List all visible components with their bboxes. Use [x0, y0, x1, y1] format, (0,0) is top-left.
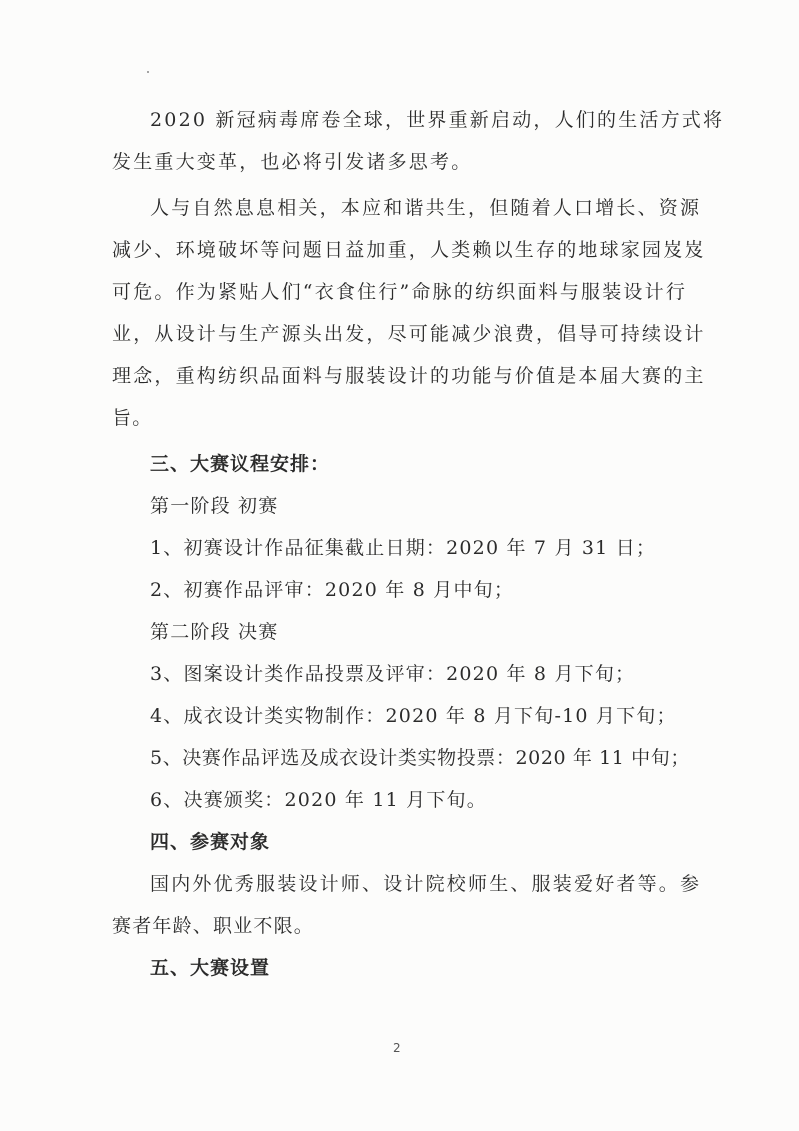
intro-paragraph-2-line-5: 理念，重构纺织品面料与服装设计的功能与价值是本届大赛的主 — [112, 364, 706, 388]
document-page: 2020 新冠病毒席卷全球，世界重新启动，人们的生活方式将 发生重大变革，也必将… — [0, 0, 799, 1131]
scan-speck — [147, 71, 149, 73]
stage-1-label: 第一阶段 初赛 — [150, 494, 278, 518]
section-5-heading: 五、大赛设置 — [150, 956, 270, 980]
section-4-line-2: 赛者年龄、职业不限。 — [112, 914, 314, 938]
intro-paragraph-2-line-6: 旨。 — [112, 406, 152, 430]
section-4-heading: 四、参赛对象 — [150, 830, 270, 854]
schedule-item-5: 5、决赛作品评选及成衣设计类实物投票：2020 年 11 中旬； — [150, 746, 690, 770]
intro-paragraph-1-line-1: 2020 新冠病毒席卷全球，世界重新启动，人们的生活方式将 — [150, 108, 724, 132]
schedule-item-6: 6、决赛颁奖：2020 年 11 月下旬。 — [150, 788, 487, 812]
intro-paragraph-2-line-3: 可危。作为紧贴人们“衣食住行”命脉的纺织面料与服装设计行 — [112, 280, 687, 304]
schedule-item-4: 4、成衣设计类实物制作：2020 年 8 月下旬-10 月下旬； — [150, 704, 677, 728]
stage-2-label: 第二阶段 决赛 — [150, 620, 278, 644]
intro-paragraph-1-line-2: 发生重大变革，也必将引发诸多思考。 — [112, 150, 472, 174]
schedule-item-2: 2、初赛作品评审：2020 年 8 月中旬； — [150, 578, 514, 602]
schedule-item-3: 3、图案设计类作品投票及评审：2020 年 8 月下旬； — [150, 662, 635, 686]
intro-paragraph-2-line-1: 人与自然息息相关，本应和谐共生，但随着人口增长、资源 — [150, 196, 701, 220]
schedule-item-1: 1、初赛设计作品征集截止日期：2020 年 7 月 31 日； — [150, 536, 656, 560]
page-number: 2 — [393, 1041, 401, 1055]
section-4-line-1: 国内外优秀服装设计师、设计院校师生、服装爱好者等。参 — [150, 872, 701, 896]
intro-paragraph-2-line-4: 业，从设计与生产源头出发，尽可能减少浪费，倡导可持续设计 — [112, 322, 706, 346]
section-3-heading: 三、大赛议程安排： — [150, 452, 330, 476]
intro-paragraph-2-line-2: 减少、环境破坏等问题日益加重，人类赖以生存的地球家园岌岌 — [112, 238, 706, 262]
